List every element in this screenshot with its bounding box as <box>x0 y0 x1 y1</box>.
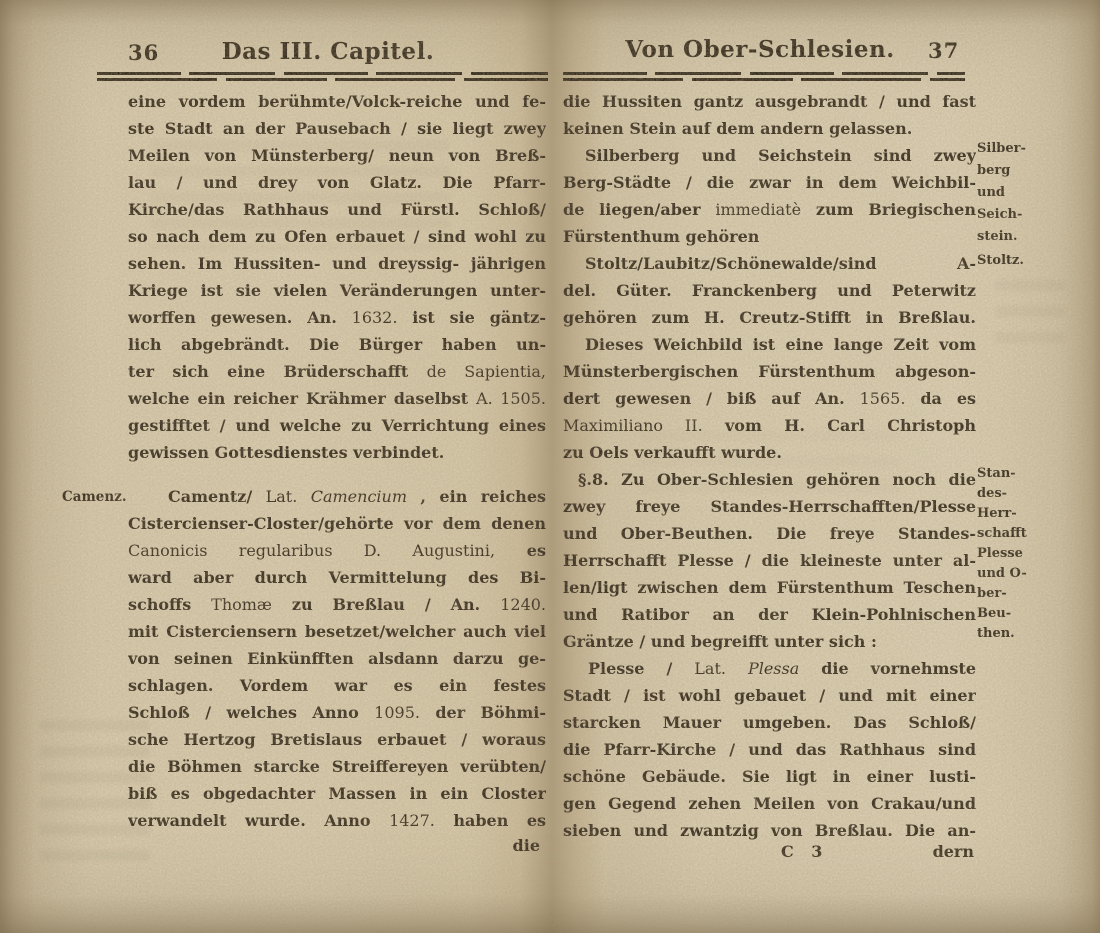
right-catchword: dern <box>933 842 974 861</box>
text-line: Kriege ist sie vielen Veränderungen unte… <box>128 277 546 304</box>
text-line: Canonicis regularibus D. Augustini, es <box>128 537 546 564</box>
text-line: ward aber durch Vermittelung des Bi- <box>128 564 546 591</box>
text-line: del. Güter. Franckenberg und Peterwitz <box>563 277 976 304</box>
text-line: Gräntze / und begreifft unter sich : <box>563 628 976 655</box>
signature-mark: C 3 <box>781 842 828 861</box>
paragraph: Stoltz/Laubitz/Schönewalde/sind A-del. G… <box>563 250 976 331</box>
text-line: Meilen von Münsterberg/ neun von Breß- <box>128 142 546 169</box>
margin-note-line: Silber- <box>977 138 1089 160</box>
right-page-number: 37 <box>928 38 959 63</box>
paragraph: Dieses Weichbild ist eine lange Zeit vom… <box>563 331 976 466</box>
margin-note-line: und O- <box>977 564 1089 584</box>
text-line: len/ligt zwischen dem Fürstenthum Tesche… <box>563 574 976 601</box>
text-line: welche ein reicher Krähmer daselbst A. 1… <box>128 385 546 412</box>
text-line: dert gewesen / biß auf An. 1565. da es <box>563 385 976 412</box>
paragraph: eine vordem berühmte/Volck-reiche und fe… <box>128 88 546 466</box>
text-line: lich abgebrändt. Die Bürger haben un- <box>128 331 546 358</box>
paragraph: Plesse / Lat. Plessa die vornehmsteStadt… <box>563 655 976 844</box>
margin-note-line: Beu- <box>977 604 1089 624</box>
text-line: Schloß / welches Anno 1095. der Böhmi- <box>128 699 546 726</box>
text-line: keinen Stein auf dem andern gelassen. <box>563 115 976 142</box>
paragraph: Silberberg und Seichstein sind zweyBerg-… <box>563 142 976 250</box>
text-line: Fürstenthum gehören <box>563 223 976 250</box>
text-line: die Hussiten gantz ausgebrandt / und fas… <box>563 88 976 115</box>
margin-note-line: des- <box>977 484 1089 504</box>
right-running-header: Von Ober-Schlesien. <box>610 36 910 63</box>
left-margin-note: Camenz. <box>62 489 127 505</box>
text-line: §.8. Zu Ober-Schlesien gehören noch die <box>563 466 976 493</box>
bleedthrough-smudge <box>995 280 1065 350</box>
margin-note-group: Silber-bergundSeich-stein. <box>977 138 1089 248</box>
text-line: Cistercienser-Closter/gehörte vor dem de… <box>128 510 546 537</box>
text-line: mit Cisterciensern besetzet/welcher auch… <box>128 618 546 645</box>
text-line: Berg-Städte / die zwar in dem Weichbil- <box>563 169 976 196</box>
text-line: Silberberg und Seichstein sind zwey <box>563 142 976 169</box>
left-catchword: die <box>128 836 540 855</box>
text-line: Herrschafft Plesse / die kleineste unter… <box>563 547 976 574</box>
text-line: eine vordem berühmte/Volck-reiche und fe… <box>128 88 546 115</box>
left-page-number: 36 <box>128 40 159 65</box>
text-line: Dieses Weichbild ist eine lange Zeit vom <box>563 331 976 358</box>
text-line: von seinen Einkünfften alsdann darzu ge- <box>128 645 546 672</box>
paragraph: Camentz/ Lat. Camencium , ein reichesCis… <box>128 483 546 834</box>
margin-note-group: Stoltz. <box>977 250 1089 272</box>
text-line: gen Gegend zehen Meilen von Crakau/und <box>563 790 976 817</box>
margin-note-line: Seich- <box>977 204 1089 226</box>
left-header-rule <box>97 72 548 82</box>
text-line: Stadt / ist wohl gebauet / und mit einer <box>563 682 976 709</box>
text-line: schoffs Thomæ zu Breßlau / An. 1240. <box>128 591 546 618</box>
text-line: sehen. Im Hussiten- und dreyssig- jährig… <box>128 250 546 277</box>
text-line: ste Stadt an der Pausebach / sie liegt z… <box>128 115 546 142</box>
text-line: ter sich eine Brüderschafft de Sapientia… <box>128 358 546 385</box>
paragraph: die Hussiten gantz ausgebrandt / und fas… <box>563 88 976 142</box>
text-line: lau / und drey von Glatz. Die Pfarr- <box>128 169 546 196</box>
text-line: verwandelt wurde. Anno 1427. haben es <box>128 807 546 834</box>
left-running-header: Das III. Capitel. <box>178 38 478 65</box>
text-line: zu Oels verkaufft wurde. <box>563 439 976 466</box>
text-line: Münsterbergischen Fürstenthum abgeson- <box>563 358 976 385</box>
margin-note-line: Herr- <box>977 504 1089 524</box>
margin-note-line: Stan- <box>977 464 1089 484</box>
text-line: und Ratibor an der Klein-Pohlnischen <box>563 601 976 628</box>
margin-note-line: Plesse <box>977 544 1089 564</box>
text-line: Kirche/das Rathhaus und Fürstl. Schloß/ <box>128 196 546 223</box>
margin-note-line: schafft <box>977 524 1089 544</box>
margin-note-group: Stan-des-Herr-schafftPlesseund O-ber-Beu… <box>977 464 1089 644</box>
text-line: schlagen. Vordem war es ein festes <box>128 672 546 699</box>
margin-note-line: berg <box>977 160 1089 182</box>
text-line: Plesse / Lat. Plessa die vornehmste <box>563 655 976 682</box>
book-spread: 36 Das III. Capitel. eine vordem berühmt… <box>0 0 1100 933</box>
paragraph: §.8. Zu Ober-Schlesien gehören noch diez… <box>563 466 976 655</box>
text-line: zwey freye Standes-Herrschafften/Plesse <box>563 493 976 520</box>
text-line: sieben und zwantzig von Breßlau. Die an- <box>563 817 976 844</box>
text-line: Stoltz/Laubitz/Schönewalde/sind A- <box>563 250 976 277</box>
right-page-footer: C 3 dern <box>563 842 976 869</box>
text-line: gewissen Gottesdienstes verbindet. <box>128 439 546 466</box>
text-line: gestifftet / und welche zu Verrichtung e… <box>128 412 546 439</box>
text-line: sche Hertzog Bretislaus erbauet / woraus <box>128 726 546 753</box>
text-line: und Ober-Beuthen. Die freye Standes- <box>563 520 976 547</box>
text-line: die Pfarr-Kirche / und das Rathhaus sind <box>563 736 976 763</box>
margin-note-line: Stoltz. <box>977 250 1089 272</box>
margin-note-line: stein. <box>977 226 1089 248</box>
right-header-rule <box>563 72 965 82</box>
text-line: biß es obgedachter Massen in ein Closter <box>128 780 546 807</box>
text-line: worffen gewesen. An. 1632. ist sie gäntz… <box>128 304 546 331</box>
text-line: Camentz/ Lat. Camencium , ein reiches <box>128 483 546 510</box>
text-line: schöne Gebäude. Sie ligt in einer lusti- <box>563 763 976 790</box>
right-page-body: die Hussiten gantz ausgebrandt / und fas… <box>563 88 976 844</box>
margin-note-line: ber- <box>977 584 1089 604</box>
text-line: de liegen/aber immediatè zum Briegischen <box>563 196 976 223</box>
text-line: gehören zum H. Creutz-Stifft in Breßlau. <box>563 304 976 331</box>
left-page-body: eine vordem berühmte/Volck-reiche und fe… <box>128 88 546 834</box>
text-line: die Böhmen starcke Streiffereyen verübte… <box>128 753 546 780</box>
text-line: so nach dem zu Ofen erbauet / sind wohl … <box>128 223 546 250</box>
text-line: starcken Mauer umgeben. Das Schloß/ <box>563 709 976 736</box>
margin-note-line: then. <box>977 624 1089 644</box>
text-line: Maximiliano II. vom H. Carl Christoph <box>563 412 976 439</box>
margin-note-line: und <box>977 182 1089 204</box>
